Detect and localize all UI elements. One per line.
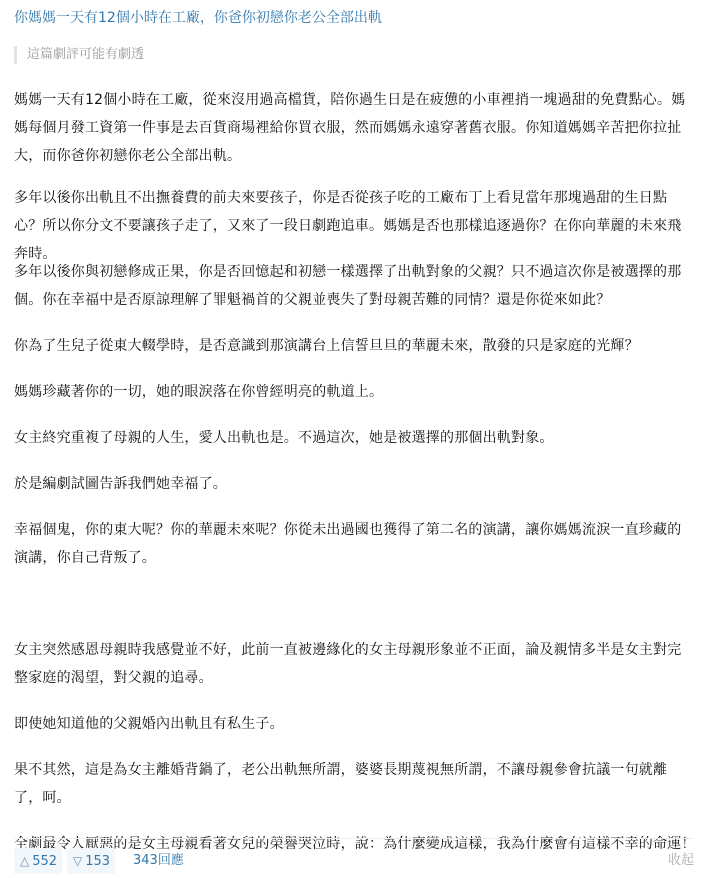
downvote-button[interactable]: ▽153 [67, 848, 115, 874]
review-paragraph: 即使她知道他的父親婚內出軌且有私生子。 [14, 710, 694, 738]
review-paragraph: 於是編劇試圖告訴我們她幸福了。 [14, 470, 694, 498]
divider [14, 838, 694, 839]
review-body: 媽媽一天有12個小時在工廠，從來沒用過高檔貨，陪你過生日是在疲憊的小車裡捎一塊過… [14, 86, 694, 858]
review-paragraph: 多年以後你與初戀修成正果，你是否回憶起和初戀一樣選擇了出軌對象的父親？只不過這次… [14, 258, 694, 314]
replies-link[interactable]: 343回應 [133, 848, 184, 874]
upvote-button[interactable]: △552 [14, 848, 62, 874]
review-paragraph: 幸福個鬼，你的東大呢？你的華麗未來呢？你從未出過國也獲得了第二名的演講，讓你媽媽… [14, 516, 694, 572]
review-title-link[interactable]: 你媽媽一天有12個小時在工廠，你爸你初戀你老公全部出軌 [14, 8, 382, 28]
collapse-button[interactable]: 收起 [668, 848, 694, 874]
downvote-count: 153 [85, 854, 110, 869]
review-paragraph: 媽媽一天有12個小時在工廠，從來沒用過高檔貨，陪你過生日是在疲憊的小車裡捎一塊過… [14, 86, 694, 170]
review-paragraph: 媽媽珍藏著你的一切，她的眼淚落在你曾經明亮的軌道上。 [14, 378, 694, 406]
review-paragraph: 多年以後你出軌且不出撫養費的前夫來要孩子，你是否從孩子吃的工廠布丁上看見當年那塊… [14, 184, 694, 240]
downvote-triangle-icon: ▽ [73, 854, 82, 868]
spoiler-notice: 這篇劇評可能有劇透 [14, 46, 144, 64]
review-paragraph: 女主終究重複了母親的人生，愛人出軌也是。不過這次，她是被選擇的那個出軌對象。 [14, 424, 694, 452]
review-paragraph-blank [14, 590, 694, 618]
review-actions: △552 ▽153 343回應 收起 [14, 848, 694, 874]
upvote-triangle-icon: △ [20, 854, 29, 868]
upvote-count: 552 [32, 854, 57, 869]
review-paragraph: 你為了生兒子從東大輟學時，是否意識到那演講台上信誓旦旦的華麗未來，散發的只是家庭… [14, 332, 694, 360]
review-paragraph: 果不其然，這是為女主離婚背鍋了，老公出軌無所謂，婆婆長期蔑視無所謂，不讓母親參會… [14, 756, 694, 812]
review-paragraph: 女主突然感恩母親時我感覺並不好，此前一直被邊緣化的女主母親形象並不正面，論及親情… [14, 636, 694, 692]
